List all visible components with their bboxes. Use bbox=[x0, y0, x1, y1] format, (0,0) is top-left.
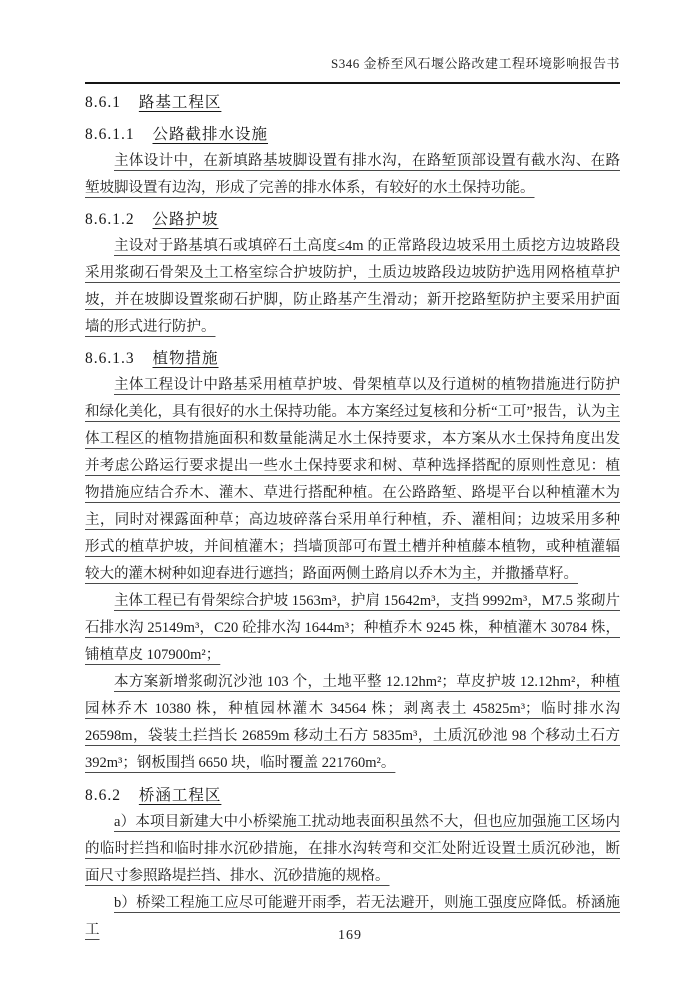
page-footer: 169 bbox=[0, 928, 700, 944]
page-header: S346 金桥至风石堰公路改建工程环境影响报告书 bbox=[85, 54, 620, 84]
heading-number: 8.6.1.2 bbox=[85, 207, 135, 233]
section-heading-8-6-1-3: 8.6.1.3 植物措施 bbox=[85, 346, 620, 372]
paragraph-new-measures-quantities: 本方案新增浆砌沉沙池 103 个，土地平整 12.12hm²；草皮护坡 12.1… bbox=[85, 669, 620, 777]
paragraph-slope-protection: 主设对于路基填石或填碎石土高度≤4m 的正常路段边坡采用土质挖方边坡路段采用浆砌… bbox=[85, 233, 620, 341]
header-rule bbox=[85, 82, 620, 84]
paragraph-drainage: 主体设计中，在新填路基坡脚设置有排水沟，在路堑顶部设置有截水沟、在路堑坡脚设置有… bbox=[85, 148, 620, 202]
heading-title: 公路护坡 bbox=[153, 211, 219, 228]
section-heading-8-6-1-1: 8.6.1.1 公路截排水设施 bbox=[85, 122, 620, 148]
paragraph-vegetation-measures: 主体工程设计中路基采用植草护坡、骨架植草以及行道树的植物措施进行防护和绿化美化，… bbox=[85, 372, 620, 588]
section-heading-8-6-1: 8.6.1 路基工程区 bbox=[85, 90, 620, 116]
heading-title: 植物措施 bbox=[153, 350, 219, 367]
heading-title: 公路截排水设施 bbox=[153, 126, 269, 143]
section-heading-8-6-2: 8.6.2 桥涵工程区 bbox=[85, 783, 620, 809]
heading-number: 8.6.1.1 bbox=[85, 122, 135, 148]
heading-title: 桥涵工程区 bbox=[139, 787, 222, 804]
document-body: 8.6.1 路基工程区 8.6.1.1 公路截排水设施 主体设计中，在新填路基坡… bbox=[85, 90, 620, 944]
heading-number: 8.6.1 bbox=[85, 90, 121, 116]
header-title: S346 金桥至风石堰公路改建工程环境影响报告书 bbox=[85, 54, 620, 74]
section-heading-8-6-1-2: 8.6.1.2 公路护坡 bbox=[85, 207, 620, 233]
heading-number: 8.6.1.3 bbox=[85, 346, 135, 372]
paragraph-bridge-item-a: a）本项目新建大中小桥梁施工扰动地表面积虽然不大，但也应加强施工区场内的临时拦挡… bbox=[85, 809, 620, 890]
document-page: S346 金桥至风石堰公路改建工程环境影响报告书 8.6.1 路基工程区 8.6… bbox=[0, 0, 700, 990]
heading-number: 8.6.2 bbox=[85, 783, 121, 809]
paragraph-main-works-quantities: 主体工程已有骨架综合护坡 1563m³，护肩 15642m³，支挡 9992m³… bbox=[85, 588, 620, 669]
page-number: 169 bbox=[338, 928, 362, 943]
heading-title: 路基工程区 bbox=[139, 94, 222, 111]
